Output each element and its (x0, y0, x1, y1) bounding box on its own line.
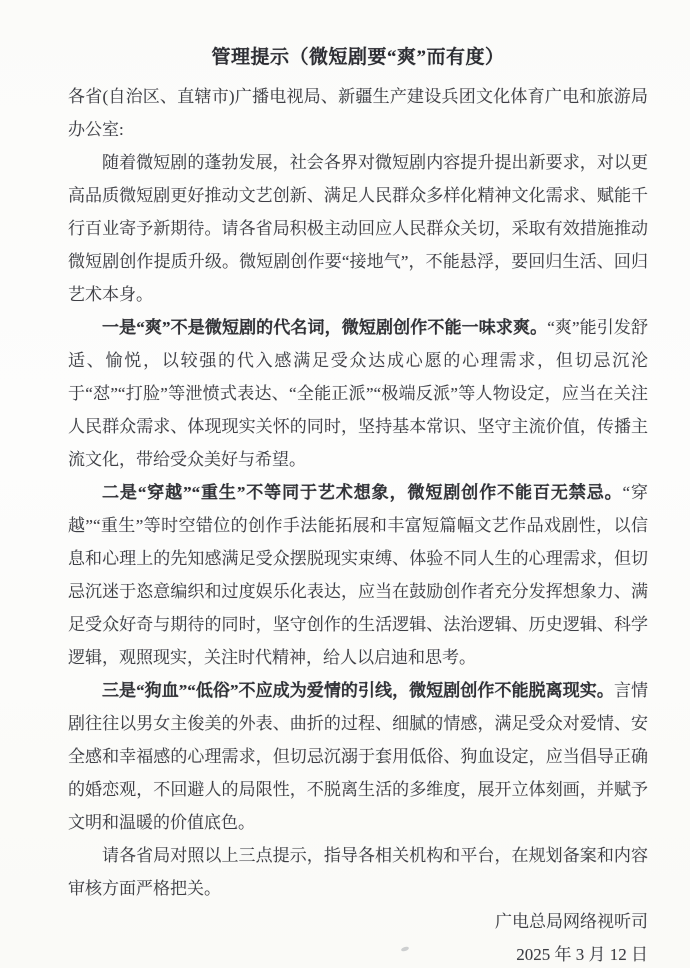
paragraph-point-1-text: “爽”能引发舒适、愉悦，以较强的代入感满足受众达成心愿的心理需求，但切忌沉沦于“… (68, 318, 648, 469)
paragraph-point-3-lead: 三是“狗血”“低俗”不应成为爱情的引线，微短剧创作不能脱离现实。 (102, 681, 614, 700)
paragraph-closing: 请各省局对照以上三点提示，指导各相关机构和平台，在规划备案和内容审核方面严格把关… (68, 839, 648, 905)
document-date: 2025 年 3 月 12 日 (68, 938, 648, 968)
paragraph-intro-text: 随着微短剧的蓬勃发展，社会各界对微短剧内容提升提出新要求，对以更高品质微短剧更好… (68, 153, 648, 304)
salutation: 各省(自治区、直辖市)广播电视局、新疆生产建设兵团文化体育广电和旅游局办公室: (68, 80, 648, 146)
paragraph-point-2-lead: 二是“穿越”“重生”不等同于艺术想象，微短剧创作不能百无禁忌。 (102, 483, 623, 502)
paragraph-closing-text: 请各省局对照以上三点提示，指导各相关机构和平台，在规划备案和内容审核方面严格把关… (68, 846, 648, 898)
scanned-document-page: 管理提示（微短剧要“爽”而有度） 各省(自治区、直辖市)广播电视局、新疆生产建设… (0, 0, 690, 968)
document-body: 各省(自治区、直辖市)广播电视局、新疆生产建设兵团文化体育广电和旅游局办公室: … (68, 80, 648, 968)
paragraph-point-1: 一是“爽”不是微短剧的代名词，微短剧创作不能一味求爽。“爽”能引发舒适、愉悦，以… (68, 311, 648, 476)
signature: 广电总局网络视听司 (68, 905, 648, 938)
paragraph-point-2: 二是“穿越”“重生”不等同于艺术想象，微短剧创作不能百无禁忌。“穿越”“重生”等… (68, 476, 648, 674)
document-title: 管理提示（微短剧要“爽”而有度） (68, 44, 648, 72)
paragraph-point-3: 三是“狗血”“低俗”不应成为爱情的引线，微短剧创作不能脱离现实。言情剧往往以男女… (68, 674, 648, 839)
paragraph-point-1-lead: 一是“爽”不是微短剧的代名词，微短剧创作不能一味求爽。 (102, 318, 547, 337)
paragraph-point-2-text: “穿越”“重生”等时空错位的创作手法能拓展和丰富短篇幅文艺作品戏剧性，以信息和心… (68, 483, 648, 667)
paragraph-intro: 随着微短剧的蓬勃发展，社会各界对微短剧内容提升提出新要求，对以更高品质微短剧更好… (68, 146, 648, 311)
paragraph-point-3-text: 言情剧往往以男女主俊美的外表、曲折的过程、细腻的情感，满足受众对爱情、安全感和幸… (68, 681, 648, 832)
